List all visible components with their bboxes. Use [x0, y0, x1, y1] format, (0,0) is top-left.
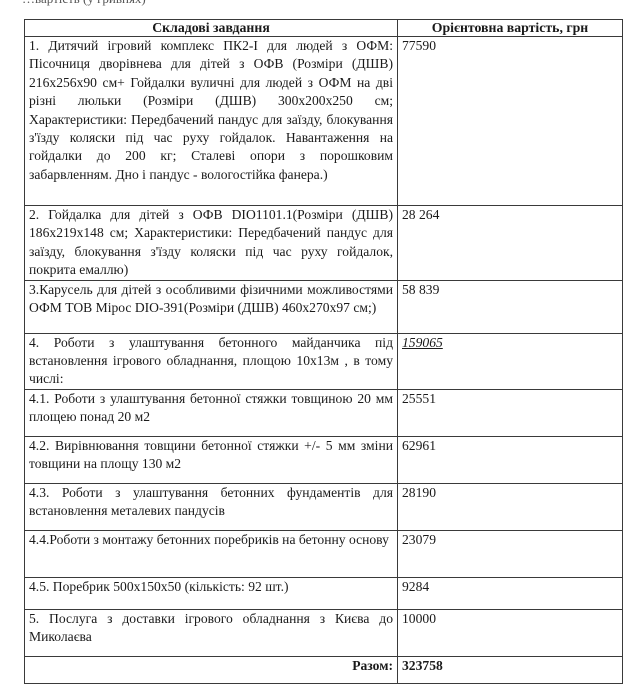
total-row: Разом: 323758: [25, 656, 623, 683]
row-description: 4.3. Роботи з улаштування бетонних фунда…: [25, 483, 398, 530]
row-cost: 25551: [398, 389, 623, 436]
row-cost: 28190: [398, 483, 623, 530]
total-value: 323758: [398, 656, 623, 683]
row-cost: 58 839: [398, 280, 623, 333]
table-row: 4.4.Роботи з монтажу бетонних поребриків…: [25, 530, 623, 577]
cost-estimate-table: Складові завдання Орієнтовна вартість, г…: [24, 19, 623, 684]
table-row: 1. Дитячий ігровий комплекс ПК2-І для лю…: [25, 37, 623, 206]
cut-off-text-line: …вартість (у гривнях): [22, 0, 146, 7]
table-row: 4. Роботи з улаштування бетонного майдан…: [25, 333, 623, 389]
row-description: 4.5. Поребрик 500x150x50 (кількість: 92 …: [25, 577, 398, 609]
table-row: 2. Гойдалка для дітей з ОФВ DIO1101.1(Ро…: [25, 206, 623, 281]
row-description: 4.2. Вирівнювання товщини бетонної стяжк…: [25, 436, 398, 483]
table-row: 4.1. Роботи з улаштування бетонної стяжк…: [25, 389, 623, 436]
total-label: Разом:: [25, 656, 398, 683]
row-cost: 10000: [398, 609, 623, 656]
table-row: 4.2. Вирівнювання товщини бетонної стяжк…: [25, 436, 623, 483]
row-cost: 9284: [398, 577, 623, 609]
row-description: 4.1. Роботи з улаштування бетонної стяжк…: [25, 389, 398, 436]
table-row: 5. Послуга з доставки ігрового обладнанн…: [25, 609, 623, 656]
header-task: Складові завдання: [25, 20, 398, 37]
row-description: 5. Послуга з доставки ігрового обладнанн…: [25, 609, 398, 656]
row-description: 1. Дитячий ігровий комплекс ПК2-І для лю…: [25, 37, 398, 206]
table-row: 3.Карусель для дітей з особливими фізичн…: [25, 280, 623, 333]
row-cost: 23079: [398, 530, 623, 577]
row-description: 2. Гойдалка для дітей з ОФВ DIO1101.1(Ро…: [25, 206, 398, 281]
row-description: 4. Роботи з улаштування бетонного майдан…: [25, 333, 398, 389]
row-cost: 28 264: [398, 206, 623, 281]
row-cost-subtotal: 159065: [398, 333, 623, 389]
row-description: 3.Карусель для дітей з особливими фізичн…: [25, 280, 398, 333]
table-header-row: Складові завдання Орієнтовна вартість, г…: [25, 20, 623, 37]
table-row: 4.5. Поребрик 500x150x50 (кількість: 92 …: [25, 577, 623, 609]
row-cost: 77590: [398, 37, 623, 206]
table-row: 4.3. Роботи з улаштування бетонних фунда…: [25, 483, 623, 530]
row-description: 4.4.Роботи з монтажу бетонних поребриків…: [25, 530, 398, 577]
header-cost: Орієнтовна вартість, грн: [398, 20, 623, 37]
row-cost: 62961: [398, 436, 623, 483]
